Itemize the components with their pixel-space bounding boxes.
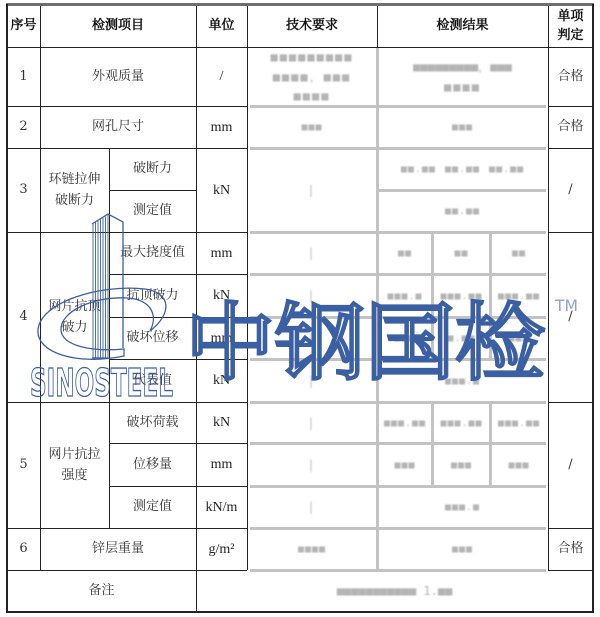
- row4-sub4-label: 代表值: [109, 360, 196, 402]
- row4-item-group: 网片抗顶 破力: [40, 233, 109, 402]
- header-item-label: 检测项目: [92, 17, 144, 36]
- row2-unit: mm: [196, 107, 247, 148]
- row5-sub3-label: 测定值: [109, 487, 196, 528]
- blurred-text: ■■■.■■: [498, 287, 540, 306]
- row6-unit: g/m²: [196, 529, 247, 570]
- item-label: 强度: [61, 466, 87, 486]
- remarks-label: 备注: [7, 571, 196, 611]
- unit-value: mm: [211, 328, 233, 350]
- sub-item-label: 破坏位移: [126, 328, 178, 348]
- blurred-text: ■■■: [394, 329, 415, 348]
- blurred-text: ■■: [512, 244, 526, 263]
- sub-item-label: 破坏荷载: [126, 413, 178, 433]
- row3-requirement: |: [247, 149, 377, 232]
- header-result-label: 检测结果: [436, 17, 488, 36]
- remarks-value: ■■■■■■■■■■■ 1.■■: [196, 571, 593, 611]
- row3-item-group: 环链拉伸 破断力: [40, 149, 109, 232]
- row5-sub3-result: ■■■.■: [377, 487, 548, 528]
- row4-seq: 4: [7, 233, 40, 402]
- blurred-text: |: [307, 370, 316, 393]
- blurred-text: ■■■.■: [387, 287, 422, 306]
- row1-requirement: ■■■■■■■■■ ■■■■，■■■ ■■■■: [247, 48, 377, 106]
- header-seq-label: 序号: [10, 17, 36, 36]
- row5-sub1-requirement: |: [247, 403, 377, 443]
- remarks-label-text: 备注: [88, 581, 114, 601]
- sub-item-label: 测定值: [133, 201, 172, 221]
- row4-sub1-result-1: ■■: [378, 233, 432, 274]
- header-result: 检测结果: [377, 6, 548, 47]
- unit-value: mm: [211, 117, 233, 139]
- row2-judgement: 合格: [548, 107, 593, 148]
- sub-item-label: 破断力: [133, 159, 172, 179]
- header-unit: 单位: [196, 6, 247, 47]
- item-label: 外观质量: [92, 67, 144, 87]
- header-unit-label: 单位: [208, 17, 234, 36]
- judgement-value: /: [568, 455, 572, 475]
- blurred-text: ■■■■■■■■■■■ 1.■■: [337, 580, 453, 603]
- blurred-text: ■.■■: [447, 329, 475, 348]
- row6-result: ■■■: [377, 529, 548, 570]
- blurred-text: ■■■.■■: [498, 414, 540, 433]
- row4-sub4-unit: kN: [196, 360, 247, 402]
- blurred-text: ■■■.■: [445, 498, 480, 517]
- row5-sub2-result-2: ■■■: [433, 444, 490, 486]
- row4-sub4-requirement: |: [247, 360, 377, 402]
- blurred-text: |: [307, 412, 316, 435]
- blurred-text: ■■.■■: [401, 160, 436, 179]
- row1-item: 外观质量: [40, 48, 196, 106]
- row4-sub1-label: 最大挠度值: [109, 233, 196, 274]
- row5-sub1-result-3: ■■■.■■: [491, 403, 547, 443]
- blurred-text: ■■■: [508, 329, 529, 348]
- row6-requirement: ■■■■: [247, 529, 377, 570]
- blurred-text: ■■.■■: [489, 160, 524, 179]
- row5-sub1-result-2: ■■■.■■: [433, 403, 490, 443]
- blurred-text: ■■.■■: [445, 202, 480, 221]
- row5-sub1-result-1: ■■■.■■: [378, 403, 432, 443]
- blurred-text: ■■■.■■: [440, 414, 482, 433]
- row5-sub3-unit: kN/m: [196, 487, 247, 528]
- row3-sub1-label: 破断力: [109, 149, 196, 190]
- item-label: 网片抗顶: [48, 297, 100, 317]
- row4-sub1-result-2: ■■: [433, 233, 490, 274]
- blurred-text: |: [307, 454, 316, 477]
- blurred-text: ■■■: [508, 456, 529, 475]
- seq-value: 3: [19, 180, 27, 200]
- row2-result: ■■■: [377, 107, 548, 148]
- frame-bottom: [6, 611, 594, 613]
- row5-sub2-result-3: ■■■: [491, 444, 547, 486]
- blurred-text: ■■■.■: [445, 372, 480, 391]
- item-label: 破力: [61, 318, 87, 338]
- row3-judgement: /: [548, 149, 593, 232]
- row1-judgement: 合格: [548, 48, 593, 106]
- row5-sub1-label: 破坏荷载: [109, 403, 196, 443]
- row3-sub1-results: ■■.■■ ■■.■■ ■■.■■: [377, 149, 548, 190]
- blurred-text: ■■■: [394, 456, 415, 475]
- row4-sub3-result-2: ■.■■: [433, 318, 490, 359]
- blurred-text: ■■■■: [298, 540, 326, 559]
- seq-value: 5: [19, 455, 27, 475]
- blurred-text: ■■■.■■: [440, 287, 482, 306]
- judgement-value: 合格: [557, 67, 583, 87]
- blurred-text: ■■: [398, 244, 412, 263]
- row4-sub2-requirement: |: [247, 275, 377, 317]
- row5-sub2-unit: mm: [196, 444, 247, 486]
- row5-judgement: /: [548, 403, 593, 528]
- header-judgement: 单项 判定: [548, 6, 593, 47]
- row3-sub2-label: 测定值: [109, 191, 196, 232]
- row4-judgement: /: [548, 233, 593, 402]
- blurred-text: ■■■: [452, 118, 473, 137]
- row6-item: 锌层重量: [40, 529, 196, 570]
- row1-seq: 1: [7, 48, 40, 106]
- blurred-text: ■■■.■■: [384, 414, 426, 433]
- row6-judgement: 合格: [548, 529, 593, 570]
- row4-sub1-result-3: ■■: [491, 233, 547, 274]
- blurred-text: ■■■: [452, 540, 473, 559]
- unit-value: kN: [213, 285, 230, 307]
- judgement-value: 合格: [557, 117, 583, 137]
- header-item: 检测项目: [40, 6, 196, 47]
- row5-seq: 5: [7, 403, 40, 528]
- row6-seq: 6: [7, 529, 40, 570]
- item-label: 网孔尺寸: [92, 117, 144, 137]
- row2-seq: 2: [7, 107, 40, 148]
- row3-sub2-result: ■■.■■: [377, 191, 548, 232]
- judgement-value: /: [568, 180, 572, 200]
- row1-unit: /: [196, 48, 247, 106]
- row4-sub3-label: 破坏位移: [109, 318, 196, 359]
- item-label: 破断力: [55, 191, 94, 211]
- blurred-text: |: [307, 285, 316, 308]
- item-label: 网片抗拉: [48, 445, 100, 465]
- row5-sub1-unit: kN: [196, 403, 247, 443]
- row2-requirement: ■■■: [247, 107, 377, 148]
- sub-item-label: 最大挠度值: [120, 243, 185, 263]
- sub-item-label: 测定值: [133, 497, 172, 517]
- row5-sub2-requirement: |: [247, 444, 377, 486]
- row4-sub2-result-3: ■■■.■■: [491, 275, 547, 317]
- blurred-text: ■■■: [451, 456, 472, 475]
- row3-seq: 3: [7, 149, 40, 232]
- unit-value: kN/m: [206, 497, 238, 519]
- row5-sub2-label: 位移量: [109, 444, 196, 486]
- row4-sub3-result-1: ■■■: [378, 318, 432, 359]
- row1-result: ■■■■■■■■■，■■■ ■■■■: [377, 48, 548, 106]
- header-requirement-label: 技术要求: [286, 17, 338, 36]
- row4-sub2-result-2: ■■■.■■: [433, 275, 490, 317]
- row3-unit: kN: [196, 149, 247, 232]
- blurred-text: ■■■■: [444, 76, 481, 99]
- unit-value: /: [220, 66, 224, 88]
- blurred-text: |: [307, 496, 316, 519]
- blurred-text: ■■■: [301, 118, 322, 137]
- inspection-results-table: 序号 检测项目 单位 技术要求 检测结果 单项 判定 1 外观质量 / ■■■■…: [0, 0, 600, 617]
- unit-value: g/m²: [209, 539, 235, 561]
- header-requirement: 技术要求: [247, 6, 377, 47]
- row4-sub3-requirement: |: [247, 318, 377, 359]
- row4-sub1-requirement: |: [247, 233, 377, 274]
- row4-sub2-label: 抗顶破力: [109, 275, 196, 317]
- row4-sub2-unit: kN: [196, 275, 247, 317]
- header-seq: 序号: [7, 6, 40, 47]
- row4-sub1-unit: mm: [196, 233, 247, 274]
- row2-item: 网孔尺寸: [40, 107, 196, 148]
- row5-sub3-requirement: |: [247, 487, 377, 528]
- row4-sub2-result-1: ■■■.■: [378, 275, 432, 317]
- header-judgement-label-1: 单项: [557, 8, 583, 27]
- blurred-text: |: [307, 242, 316, 265]
- row5-sub2-result-1: ■■■: [378, 444, 432, 486]
- unit-value: mm: [211, 243, 233, 265]
- item-label: 环链拉伸: [48, 170, 100, 190]
- row5-item-group: 网片抗拉 强度: [40, 403, 109, 528]
- blurred-text: ■■: [454, 244, 468, 263]
- blurred-text: ■■.■■: [445, 160, 480, 179]
- seq-value: 6: [19, 539, 27, 559]
- sub-item-label: 位移量: [133, 455, 172, 475]
- judgement-value: /: [568, 307, 572, 327]
- item-label: 锌层重量: [92, 539, 144, 559]
- unit-value: kN: [213, 370, 230, 392]
- seq-value: 2: [19, 117, 27, 137]
- row4-sub4-result: ■■■.■: [377, 360, 548, 402]
- blurred-text: |: [307, 327, 316, 350]
- blurred-text: ■■■■: [294, 85, 331, 108]
- seq-value: 4: [19, 307, 27, 327]
- unit-value: kN: [213, 180, 230, 202]
- sub-item-label: 代表值: [133, 371, 172, 391]
- unit-value: kN: [213, 412, 230, 434]
- unit-value: mm: [211, 454, 233, 476]
- row4-sub3-result-3: ■■■: [491, 318, 547, 359]
- seq-value: 1: [19, 67, 27, 87]
- sub-item-label: 抗顶破力: [126, 286, 178, 306]
- row4-sub3-unit: mm: [196, 318, 247, 359]
- judgement-value: 合格: [557, 539, 583, 559]
- header-judgement-label-2: 判定: [557, 27, 583, 46]
- blurred-text: |: [307, 179, 316, 202]
